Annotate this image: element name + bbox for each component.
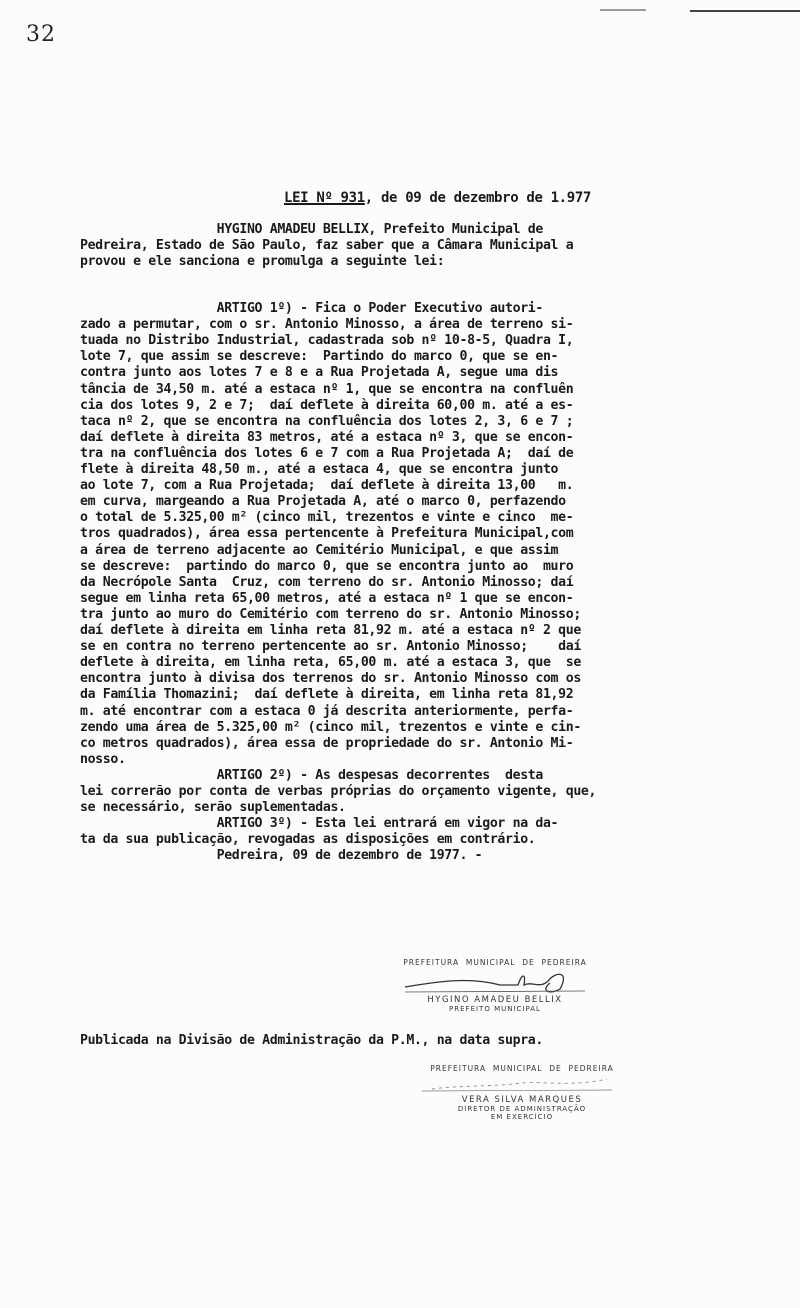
document-text-line: se en contra no terreno pertencente ao s… <box>80 639 581 655</box>
document-text-line: provou e ele sanciona e promulga a segui… <box>80 254 444 270</box>
document-text-line: tuada no Distribo Industrial, cadastrada… <box>80 333 573 349</box>
page-number: 32 <box>26 22 56 47</box>
handwritten-signature-icon <box>400 967 590 995</box>
document-text-line: daí deflete à direita em linha reta 81,9… <box>80 623 581 639</box>
document-text-line: o total de 5.325,00 m² (cinco mil, treze… <box>80 510 573 526</box>
document-text-line: nosso. <box>80 752 126 768</box>
document-text-line: ARTIGO 1º) - Fica o Poder Executivo auto… <box>80 301 543 317</box>
document-text-line: a área de terreno adjacente ao Cemitério… <box>80 543 558 559</box>
handwritten-signature-icon <box>422 1073 622 1095</box>
scan-artifact-line <box>600 9 646 11</box>
document-text-line: Pedreira, Estado de São Paulo, faz saber… <box>80 238 573 254</box>
document-text-line: da Família Thomazini; daí deflete à dire… <box>80 687 573 703</box>
document-text-line: tros quadrados), área essa pertencente à… <box>80 526 573 542</box>
signer-role-status: EM EXERCÍCIO <box>422 1113 622 1121</box>
document-text-line: em curva, margeando a Rua Projetada A, a… <box>80 494 566 510</box>
signature-stamp: PREFEITURA MUNICIPAL DE PEDREIRA <box>400 958 590 967</box>
document-text-line: da Necrópole Santa Cruz, com terreno do … <box>80 575 573 591</box>
signer-role: DIRETOR DE ADMINISTRAÇÃO <box>422 1105 622 1113</box>
document-text-line: tra junto ao muro do Cemitério com terre… <box>80 607 581 623</box>
document-text-line: lei correrão por conta de verbas própria… <box>80 784 596 800</box>
document-text-line: cia dos lotes 9, 2 e 7; daí deflete à di… <box>80 398 573 414</box>
publication-note: Publicada na Divisão de Administração da… <box>80 1033 543 1049</box>
document-text-line: contra junto aos lotes 7 e 8 e a Rua Pro… <box>80 365 558 381</box>
document-text-line: zado a permutar, com o sr. Antonio Minos… <box>80 317 573 333</box>
mayor-signature-block: PREFEITURA MUNICIPAL DE PEDREIRA HYGINO … <box>400 958 590 1013</box>
administration-signature-block: PREFEITURA MUNICIPAL DE PEDREIRA VERA SI… <box>422 1064 622 1121</box>
law-title: LEI Nº 931, de 09 de dezembro de 1.977 <box>284 190 591 206</box>
document-text-line: m. até encontrar com a estaca 0 já descr… <box>80 704 573 720</box>
document-text-line: HYGINO AMADEU BELLIX, Prefeito Municipal… <box>80 222 543 238</box>
document-text-line: Pedreira, 09 de dezembro de 1977. - <box>80 848 482 864</box>
document-text-line: co metros quadrados), área essa de propr… <box>80 736 573 752</box>
document-text-line: ARTIGO 2º) - As despesas decorrentes des… <box>80 768 543 784</box>
scan-artifact-line <box>690 10 800 12</box>
document-text-line: ARTIGO 3º) - Esta lei entrará em vigor n… <box>80 816 558 832</box>
document-text-line: ao lote 7, com a Rua Projetada; daí defl… <box>80 478 573 494</box>
document-text-line: taca nº 2, que se encontra na confluênci… <box>80 414 573 430</box>
document-text-line: tância de 34,50 m. até a estaca nº 1, qu… <box>80 382 573 398</box>
signer-name: HYGINO AMADEU BELLIX <box>400 995 590 1005</box>
document-text-line: deflete à direita, em linha reta, 65,00 … <box>80 655 581 671</box>
law-number: LEI Nº 931 <box>284 190 365 206</box>
signer-role: PREFEITO MUNICIPAL <box>400 1005 590 1013</box>
document-text-line: zendo uma área de 5.325,00 m² (cinco mil… <box>80 720 581 736</box>
document-text-line: flete à direita 48,50 m., até a estaca 4… <box>80 462 558 478</box>
document-text-line: se descreve: partindo do marco 0, que se… <box>80 559 573 575</box>
document-text-line: daí deflete à direita 83 metros, até a e… <box>80 430 573 446</box>
law-date: , de 09 de dezembro de 1.977 <box>365 190 591 206</box>
signature-stamp: PREFEITURA MUNICIPAL DE PEDREIRA <box>422 1064 622 1073</box>
document-text-line: segue em linha reta 65,00 metros, até a … <box>80 591 573 607</box>
document-text-line: lote 7, que assim se descreve: Partindo … <box>80 349 558 365</box>
signer-name: VERA SILVA MARQUES <box>422 1095 622 1105</box>
document-text-line: ta da sua publicação, revogadas as dispo… <box>80 832 535 848</box>
document-text-line: encontra junto à divisa dos terrenos do … <box>80 671 581 687</box>
document-text-line: se necessário, serão suplementadas. <box>80 800 346 816</box>
document-text-line: tra na confluência dos lotes 6 e 7 com a… <box>80 446 573 462</box>
